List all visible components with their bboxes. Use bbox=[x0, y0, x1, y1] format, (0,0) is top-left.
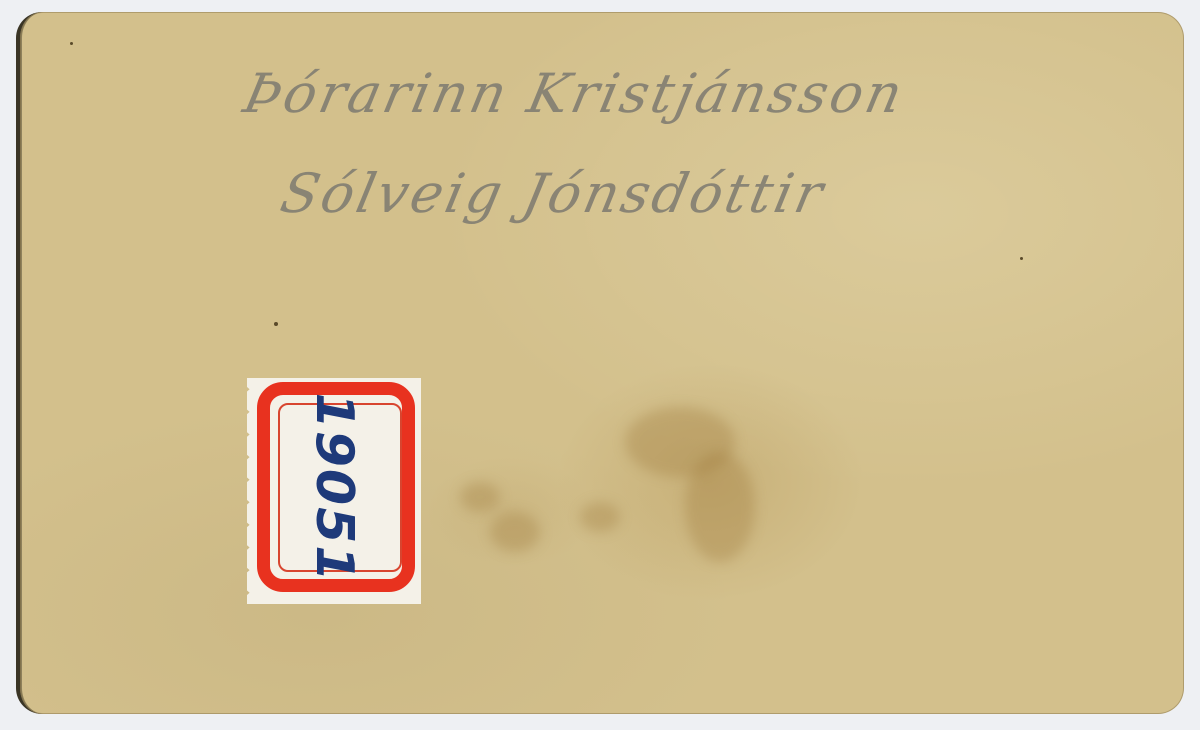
inscription-line-1: Þórarinn Kristjánsson bbox=[238, 62, 910, 125]
stain bbox=[580, 502, 620, 532]
stain bbox=[685, 452, 755, 562]
stain bbox=[460, 482, 500, 512]
speck bbox=[1020, 257, 1023, 260]
speck bbox=[274, 322, 278, 326]
stain bbox=[490, 512, 540, 552]
catalog-number: 19051 bbox=[304, 393, 364, 584]
inscription-line-2: Sólveig Jónsdóttir bbox=[275, 162, 831, 225]
speck bbox=[70, 42, 73, 45]
photo-card-back: Þórarinn Kristjánsson Sólveig Jónsdóttir bbox=[16, 12, 1184, 714]
catalog-label: 19051 bbox=[247, 378, 421, 604]
